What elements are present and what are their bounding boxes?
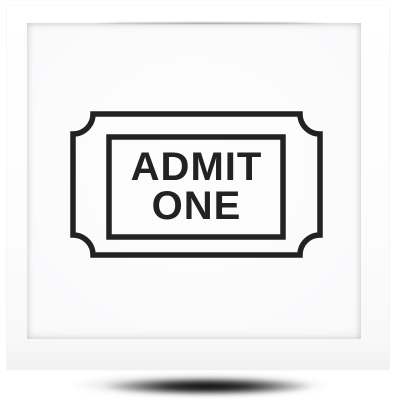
ticket-text: ADMIT ONE	[109, 137, 284, 237]
recess-top-edge-shadow	[95, 22, 330, 24]
product-photo: ADMIT ONE	[0, 0, 400, 403]
ticket-text-line1: ADMIT	[131, 148, 263, 187]
ground-shadow-core	[62, 374, 354, 399]
ticket-text-line2: ONE	[152, 187, 242, 226]
